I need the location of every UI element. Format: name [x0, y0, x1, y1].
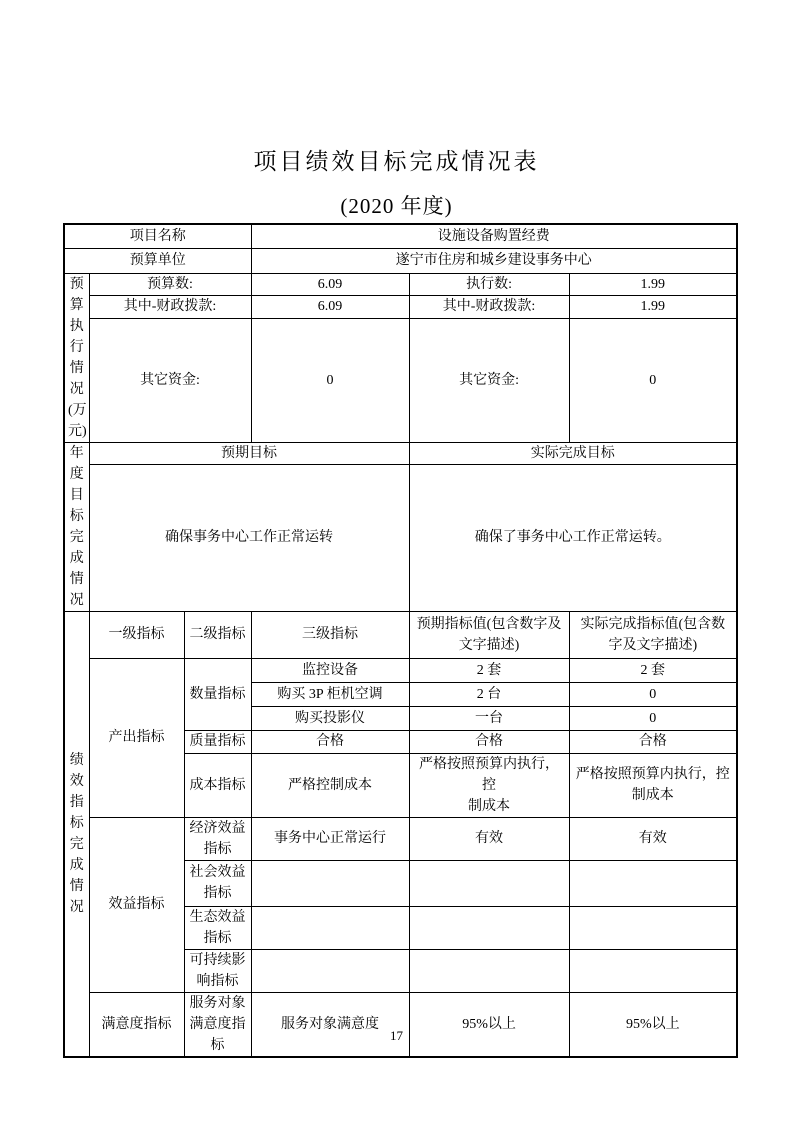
quality-row-level3: 合格	[251, 730, 409, 753]
sustainable-impact-label: 可持续影 响指标	[184, 949, 251, 992]
satisfaction-row-expected: 95%以上	[409, 992, 569, 1057]
actual-indicator-header: 实际完成指标值(包含数 字及文字描述)	[569, 611, 737, 658]
cost-row-expected: 严格按照预算内执行，控 制成本	[409, 753, 569, 817]
quantity-row-actual: 0	[569, 706, 737, 730]
other-funds-exec-label: 其它资金:	[409, 318, 569, 442]
fiscal-allocation-exec-label: 其中-财政拨款:	[409, 296, 569, 319]
cost-indicator-label: 成本指标	[184, 753, 251, 817]
economic-benefit-label: 经济效益 指标	[184, 817, 251, 860]
level1-indicator-header: 一级指标	[89, 611, 184, 658]
annual-goal-side-label: 年 度 目 标 完 成 情 况	[64, 442, 89, 611]
project-name-label: 项目名称	[64, 224, 251, 248]
sustainable-row-expected	[409, 949, 569, 992]
execution-number-value: 1.99	[569, 273, 737, 296]
cost-row-level3: 严格控制成本	[251, 753, 409, 817]
other-funds-exec-value: 0	[569, 318, 737, 442]
quantity-row-expected: 2 套	[409, 658, 569, 682]
execution-number-label: 执行数:	[409, 273, 569, 296]
budget-exec-side-label: 预 算 执 行 情 况 (万 元)	[64, 273, 89, 442]
social-row-actual	[569, 860, 737, 906]
benefit-indicator-group-label: 效益指标	[89, 817, 184, 992]
expected-indicator-header: 预期指标值(包含数字及 文字描述)	[409, 611, 569, 658]
cost-row-actual: 严格按照预算内执行，控 制成本	[569, 753, 737, 817]
fiscal-allocation-budget-value: 6.09	[251, 296, 409, 319]
page-subtitle: (2020 年度)	[0, 190, 793, 220]
quantity-row-expected: 2 台	[409, 682, 569, 706]
expected-goal-value: 确保事务中心工作正常运转	[89, 465, 409, 611]
quality-indicator-label: 质量指标	[184, 730, 251, 753]
quality-row-actual: 合格	[569, 730, 737, 753]
satisfaction-row-level3: 服务对象满意度	[251, 992, 409, 1057]
ecological-benefit-label: 生态效益 指标	[184, 906, 251, 949]
sustainable-row-level3	[251, 949, 409, 992]
performance-report-table: 项目名称 设施设备购置经费 预算单位 遂宁市住房和城乡建设事务中心 预 算 执 …	[63, 223, 738, 1058]
document-page: 项目绩效目标完成情况表 (2020 年度) 项目名称 设施设备购置经费 预算单位…	[0, 0, 793, 1122]
quantity-row-level3: 监控设备	[251, 658, 409, 682]
sustainable-row-actual	[569, 949, 737, 992]
ecological-row-actual	[569, 906, 737, 949]
level3-indicator-header: 三级指标	[251, 611, 409, 658]
budget-number-value: 6.09	[251, 273, 409, 296]
actual-goal-value: 确保了事务中心工作正常运转。	[409, 465, 737, 611]
satisfaction-row-actual: 95%以上	[569, 992, 737, 1057]
quality-row-expected: 合格	[409, 730, 569, 753]
budget-unit-value: 遂宁市住房和城乡建设事务中心	[251, 248, 737, 273]
ecological-row-level3	[251, 906, 409, 949]
service-satisfaction-label: 服务对象 满意度指 标	[184, 992, 251, 1057]
fiscal-allocation-budget-label: 其中-财政拨款:	[89, 296, 251, 319]
other-funds-budget-label: 其它资金:	[89, 318, 251, 442]
social-benefit-label: 社会效益 指标	[184, 860, 251, 906]
fiscal-allocation-exec-value: 1.99	[569, 296, 737, 319]
project-name-value: 设施设备购置经费	[251, 224, 737, 248]
quantity-row-actual: 2 套	[569, 658, 737, 682]
social-row-level3	[251, 860, 409, 906]
budget-unit-label: 预算单位	[64, 248, 251, 273]
ecological-row-expected	[409, 906, 569, 949]
page-number: 17	[0, 1028, 793, 1044]
level2-indicator-header: 二级指标	[184, 611, 251, 658]
performance-side-label: 绩 效 指 标 完 成 情 况	[64, 611, 89, 1057]
economic-row-actual: 有效	[569, 817, 737, 860]
expected-goal-header: 预期目标	[89, 442, 409, 465]
actual-goal-header: 实际完成目标	[409, 442, 737, 465]
page-title: 项目绩效目标完成情况表	[0, 143, 793, 176]
other-funds-budget-value: 0	[251, 318, 409, 442]
quantity-row-level3: 购买投影仪	[251, 706, 409, 730]
quantity-row-expected: 一台	[409, 706, 569, 730]
quantity-indicator-label: 数量指标	[184, 658, 251, 730]
budget-number-label: 预算数:	[89, 273, 251, 296]
economic-row-level3: 事务中心正常运行	[251, 817, 409, 860]
satisfaction-indicator-group-label: 满意度指标	[89, 992, 184, 1057]
output-indicator-group-label: 产出指标	[89, 658, 184, 817]
social-row-expected	[409, 860, 569, 906]
economic-row-expected: 有效	[409, 817, 569, 860]
quantity-row-actual: 0	[569, 682, 737, 706]
quantity-row-level3: 购买 3P 柜机空调	[251, 682, 409, 706]
